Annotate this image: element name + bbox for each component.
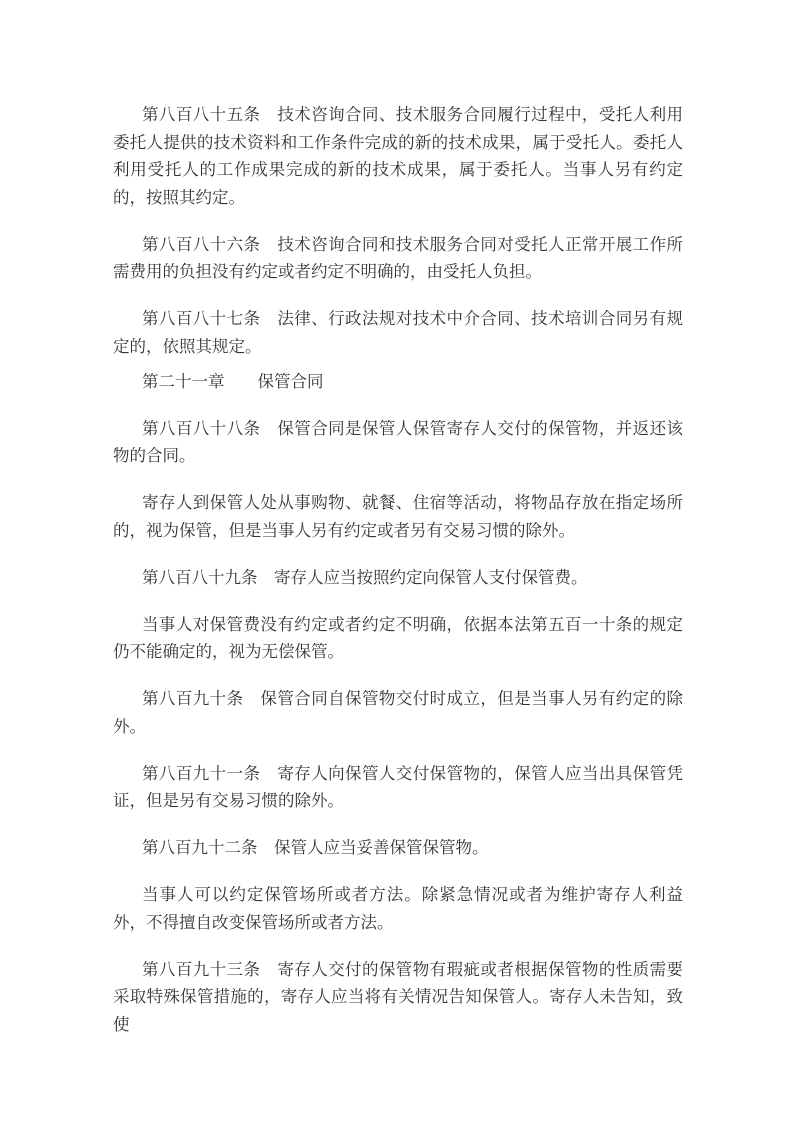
chapter-heading: 第二十一章 保管合同 <box>113 368 683 396</box>
article-paragraph: 寄存人到保管人处从事购物、就餐、住宿等活动，将物品存放在指定场所的，视为保管，但… <box>113 489 683 544</box>
document-page: 第八百八十五条 技术咨询合同、技术服务合同履行过程中，受托人利用委托人提供的技术… <box>0 0 793 1122</box>
article-paragraph: 当事人可以约定保管场所或者方法。除紧急情况或者为维护寄存人利益外，不得擅自改变保… <box>113 881 683 936</box>
article-paragraph: 第八百九十条 保管合同自保管物交付时成立，但是当事人另有约定的除外。 <box>113 685 683 740</box>
article-paragraph: 第八百九十三条 寄存人交付的保管物有瑕疵或者根据保管物的性质需要采取特殊保管措施… <box>113 956 683 1039</box>
article-paragraph: 第八百八十五条 技术咨询合同、技术服务合同履行过程中，受托人利用委托人提供的技术… <box>113 101 683 211</box>
article-paragraph: 第八百九十一条 寄存人向保管人交付保管物的，保管人应当出具保管凭证，但是另有交易… <box>113 760 683 815</box>
article-paragraph: 第八百九十二条 保管人应当妥善保管保管物。 <box>113 834 683 862</box>
article-paragraph: 第八百八十八条 保管合同是保管人保管寄存人交付的保管物，并返还该物的合同。 <box>113 415 683 470</box>
article-paragraph: 第八百八十六条 技术咨询合同和技术服务合同对受托人正常开展工作所需费用的负担没有… <box>113 231 683 286</box>
document-body: 第八百八十五条 技术咨询合同、技术服务合同履行过程中，受托人利用委托人提供的技术… <box>0 0 793 1038</box>
article-paragraph: 第八百八十九条 寄存人应当按照约定向保管人支付保管费。 <box>113 564 683 592</box>
article-paragraph: 第八百八十七条 法律、行政法规对技术中介合同、技术培训合同另有规定的，依照其规定… <box>113 305 683 360</box>
article-paragraph: 当事人对保管费没有约定或者约定不明确，依据本法第五百一十条的规定仍不能确定的，视… <box>113 611 683 666</box>
